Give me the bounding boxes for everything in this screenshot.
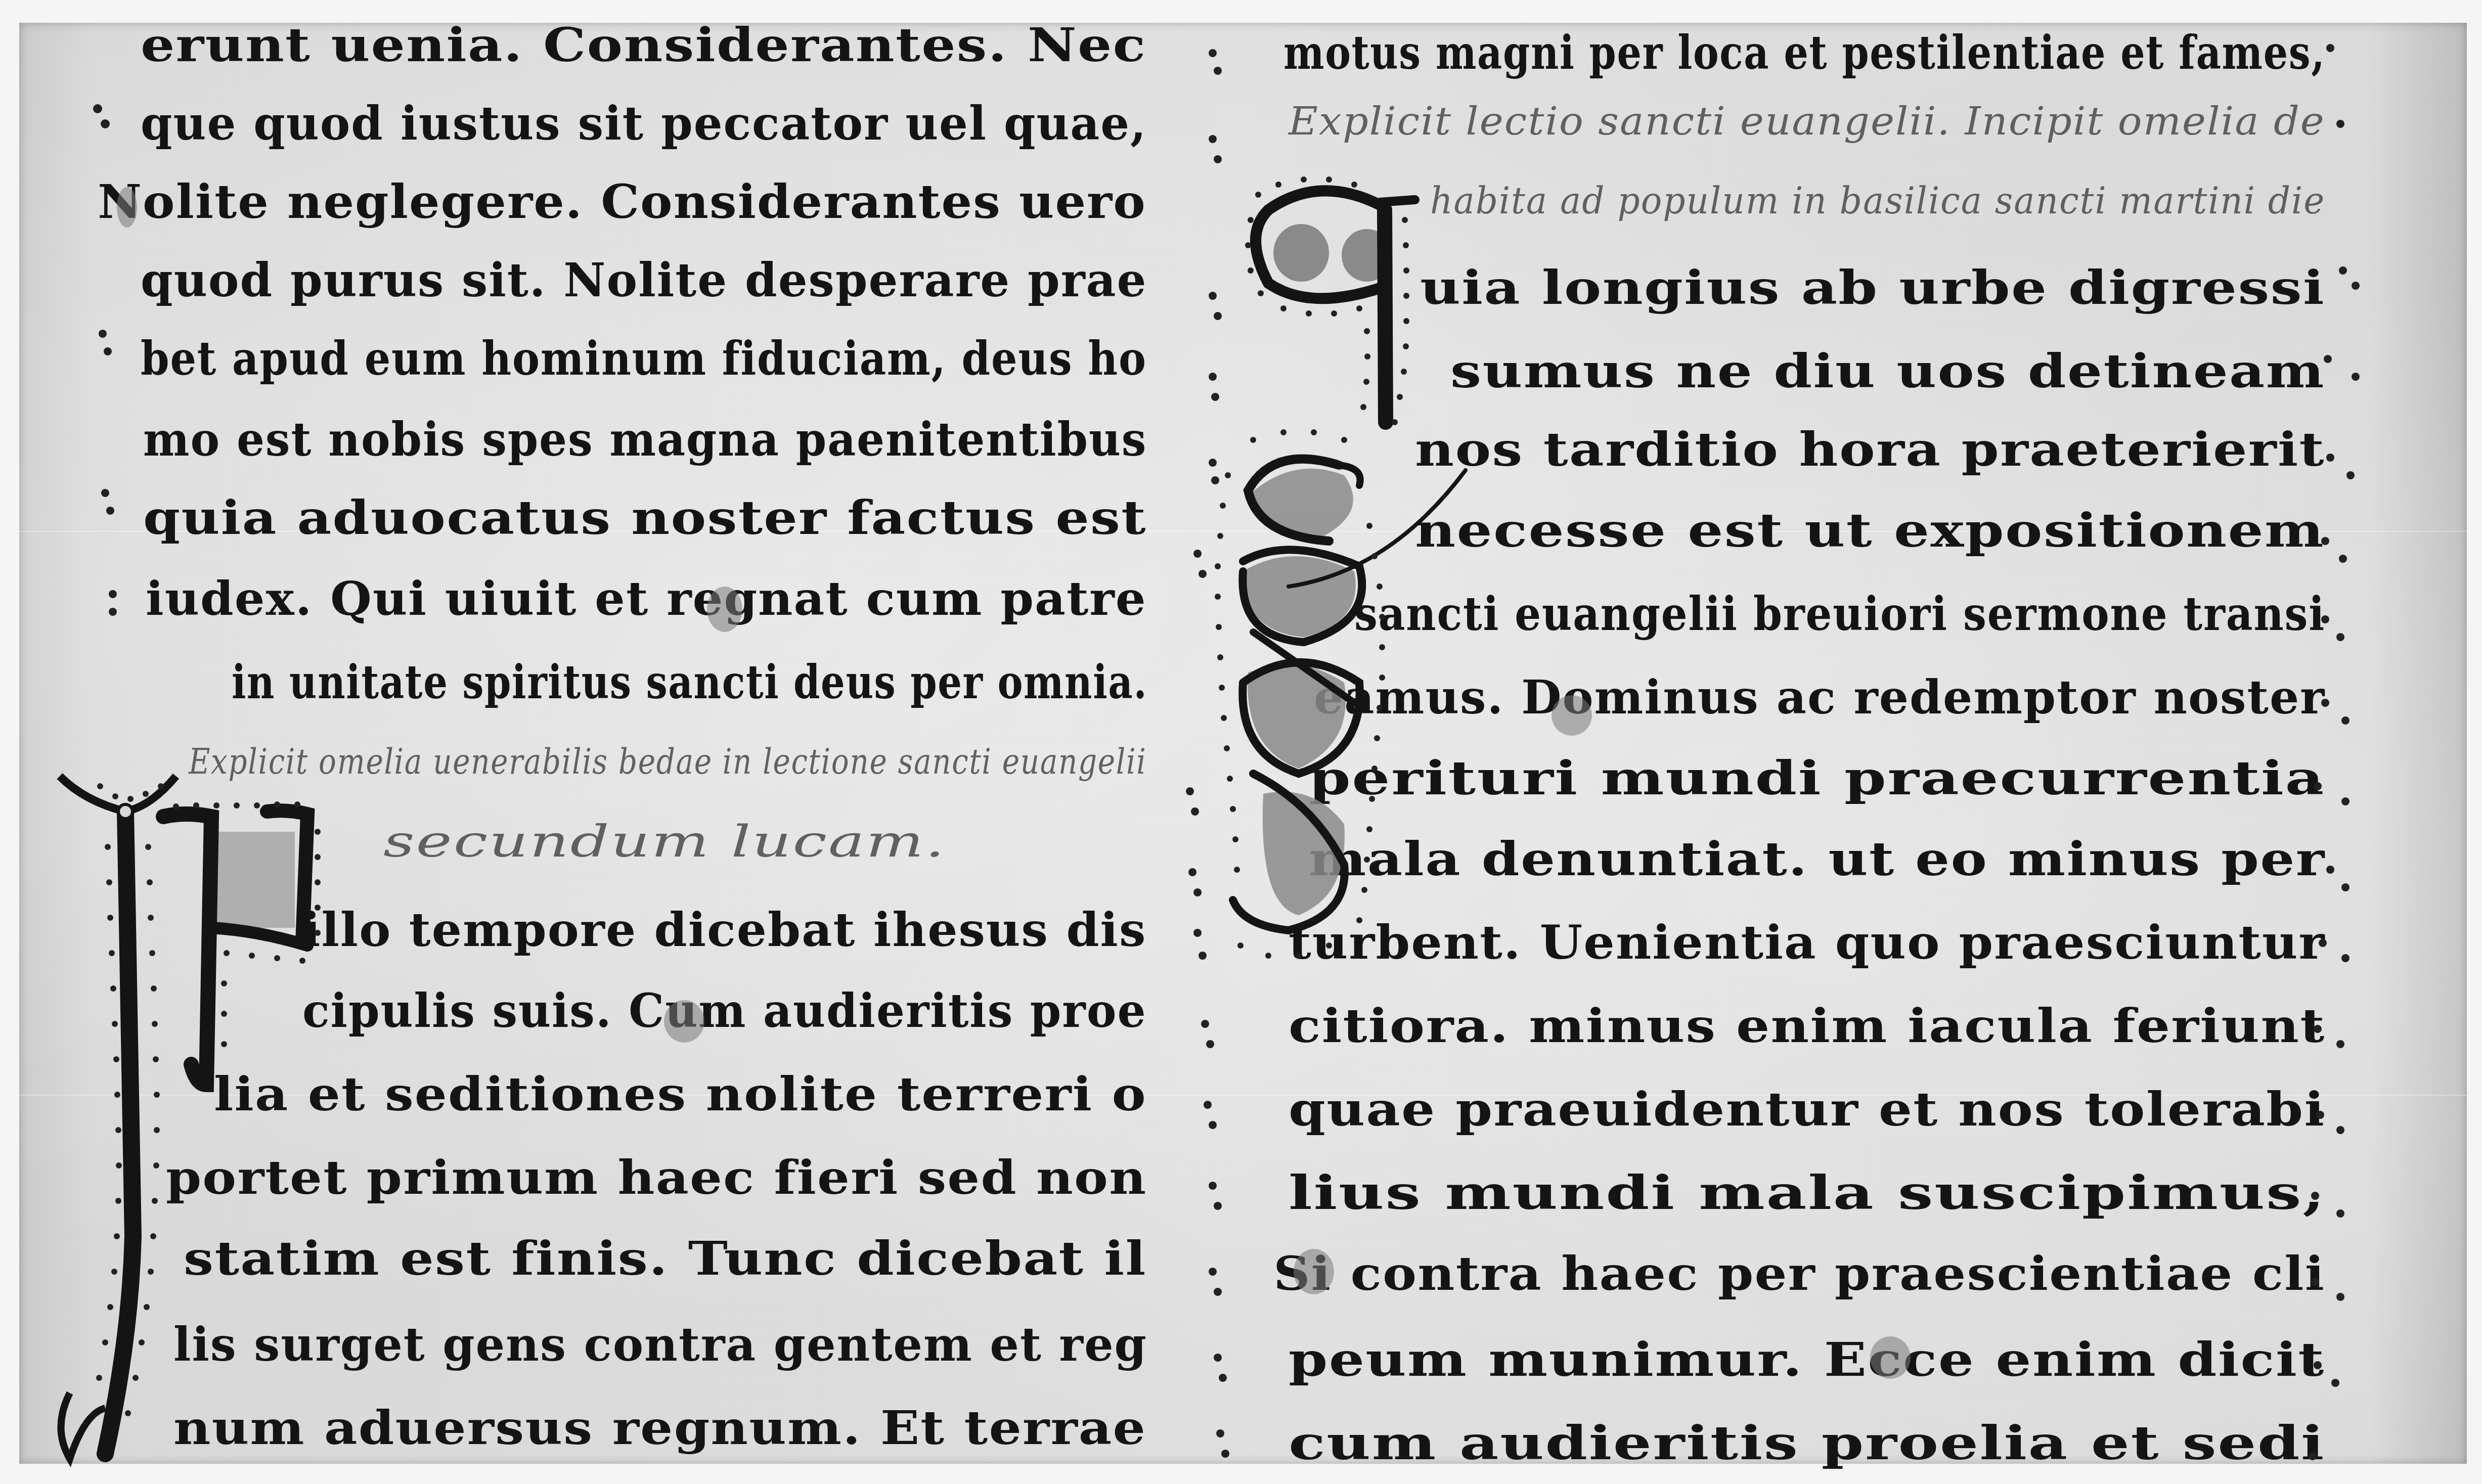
small-capital-fills [19, 23, 2467, 1464]
manuscript-page: erunt uenia. Considerantes. Nec que quod… [19, 23, 2467, 1464]
